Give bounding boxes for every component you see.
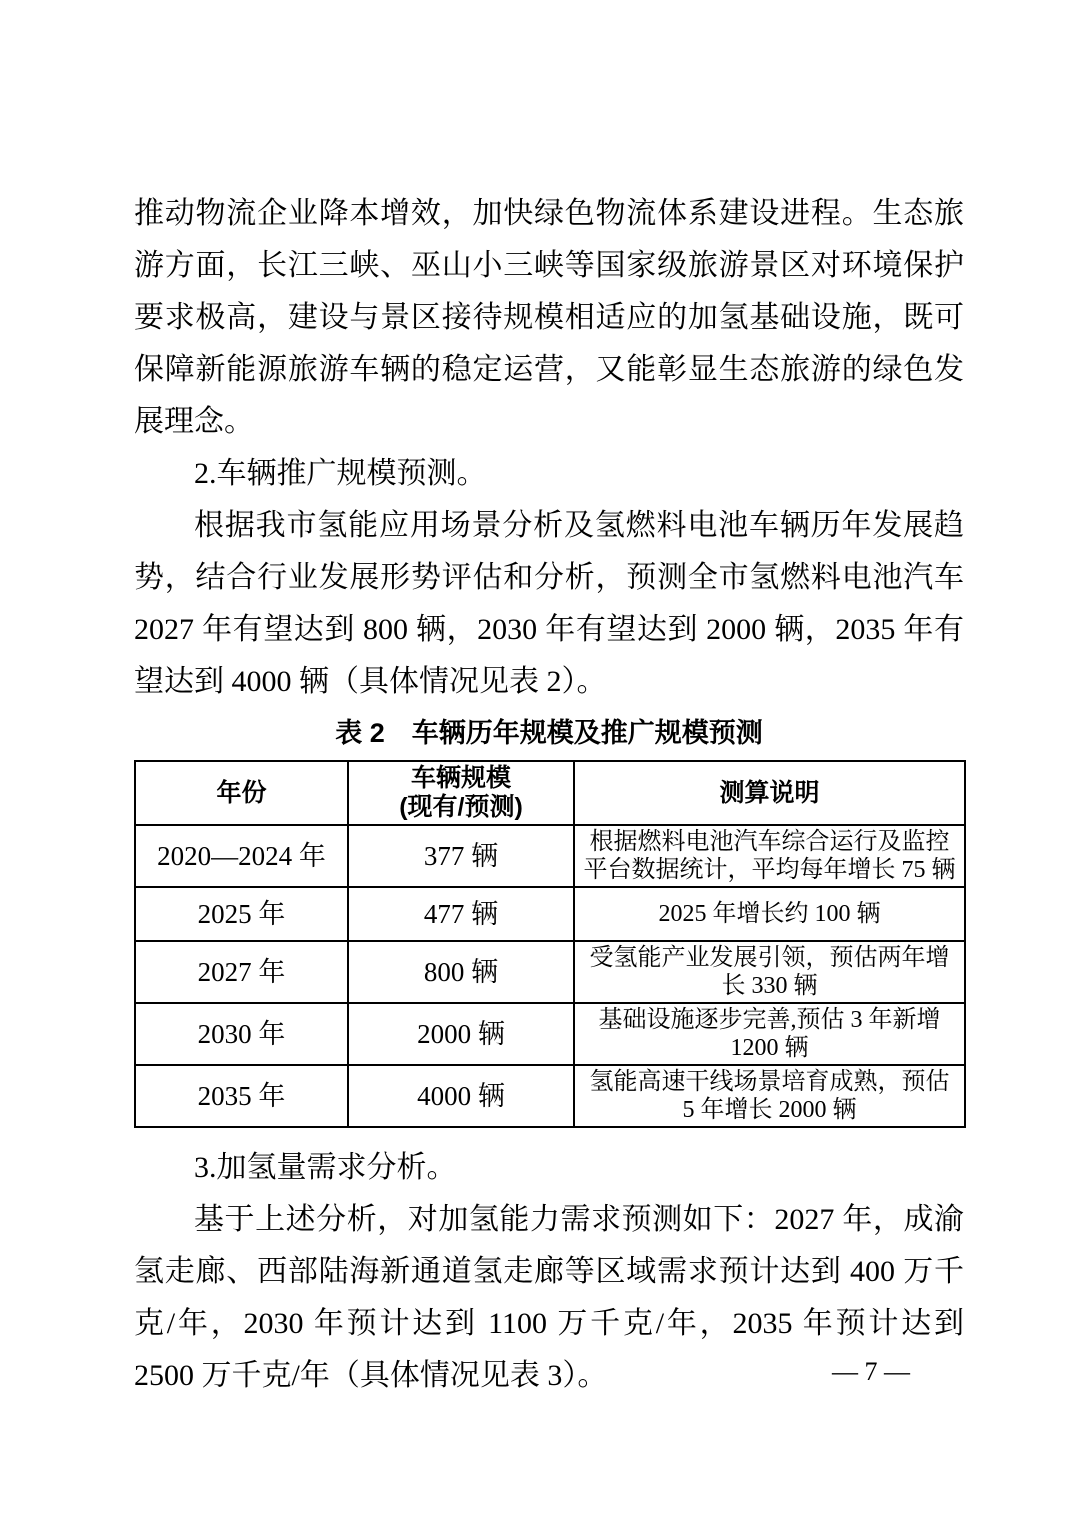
table-row: 2020—2024 年 377 辆 根据燃料电池汽车综合运行及监控平台数据统计，… <box>135 825 965 887</box>
table-header-scale-line2: (现有/预测) <box>355 793 567 822</box>
table-header-year: 年份 <box>135 761 348 825</box>
section-heading-hydrogen-demand: 3.加氢量需求分析。 <box>134 1142 964 1194</box>
table-row: 2030 年 2000 辆 基础设施逐步完善,预估 3 年新增 1200 辆 <box>135 1003 965 1065</box>
scale-cell: 377 辆 <box>348 825 574 887</box>
scale-cell: 800 辆 <box>348 941 574 1003</box>
paragraph-logistics-tourism: 推动物流企业降本增效，加快绿色物流体系建设进程。生态旅游方面，长江三峡、巫山小三… <box>134 188 964 448</box>
table-row: 2035 年 4000 辆 氢能高速干线场景培育成熟，预估 5 年增长 2000… <box>135 1065 965 1127</box>
year-cell: 2025 年 <box>135 887 348 941</box>
scale-cell: 4000 辆 <box>348 1065 574 1127</box>
paragraph-vehicle-forecast: 根据我市氢能应用场景分析及氢燃料电池车辆历年发展趋势，结合行业发展形势评估和分析… <box>134 500 964 708</box>
year-cell: 2030 年 <box>135 1003 348 1065</box>
table-header-year-label: 年份 <box>216 779 266 807</box>
scale-cell: 477 辆 <box>348 887 574 941</box>
note-cell: 氢能高速干线场景培育成熟，预估 5 年增长 2000 辆 <box>574 1065 965 1127</box>
table2-title: 表 2 车辆历年规模及推广规模预测 <box>134 716 964 750</box>
page-content: 推动物流企业降本增效，加快绿色物流体系建设进程。生态旅游方面，长江三峡、巫山小三… <box>134 0 964 1402</box>
document-page: { "document": { "paragraph1": "推动物流企业降本增… <box>0 0 1080 1527</box>
table-header-row: 年份 车辆规模 (现有/预测) 测算说明 <box>135 761 965 825</box>
table-header-scale-line1: 车辆规模 <box>355 764 567 793</box>
note-cell: 2025 年增长约 100 辆 <box>574 887 965 941</box>
year-cell: 2035 年 <box>135 1065 348 1127</box>
table-header-note: 测算说明 <box>574 761 965 825</box>
table-header-scale: 车辆规模 (现有/预测) <box>348 761 574 825</box>
section-heading-vehicle-forecast: 2.车辆推广规模预测。 <box>134 448 964 500</box>
note-cell: 基础设施逐步完善,预估 3 年新增 1200 辆 <box>574 1003 965 1065</box>
page-number: — 7 — <box>832 1356 910 1388</box>
note-cell: 受氢能产业发展引领，预估两年增长 330 辆 <box>574 941 965 1003</box>
year-cell: 2027 年 <box>135 941 348 1003</box>
table-row: 2025 年 477 辆 2025 年增长约 100 辆 <box>135 887 965 941</box>
table-row: 2027 年 800 辆 受氢能产业发展引领，预估两年增长 330 辆 <box>135 941 965 1003</box>
scale-cell: 2000 辆 <box>348 1003 574 1065</box>
vehicle-scale-table: 年份 车辆规模 (现有/预测) 测算说明 2020—2024 年 377 辆 根… <box>134 760 966 1128</box>
note-cell: 根据燃料电池汽车综合运行及监控平台数据统计，平均每年增长 75 辆 <box>574 825 965 887</box>
table-header-note-label: 测算说明 <box>719 779 819 807</box>
year-cell: 2020—2024 年 <box>135 825 348 887</box>
